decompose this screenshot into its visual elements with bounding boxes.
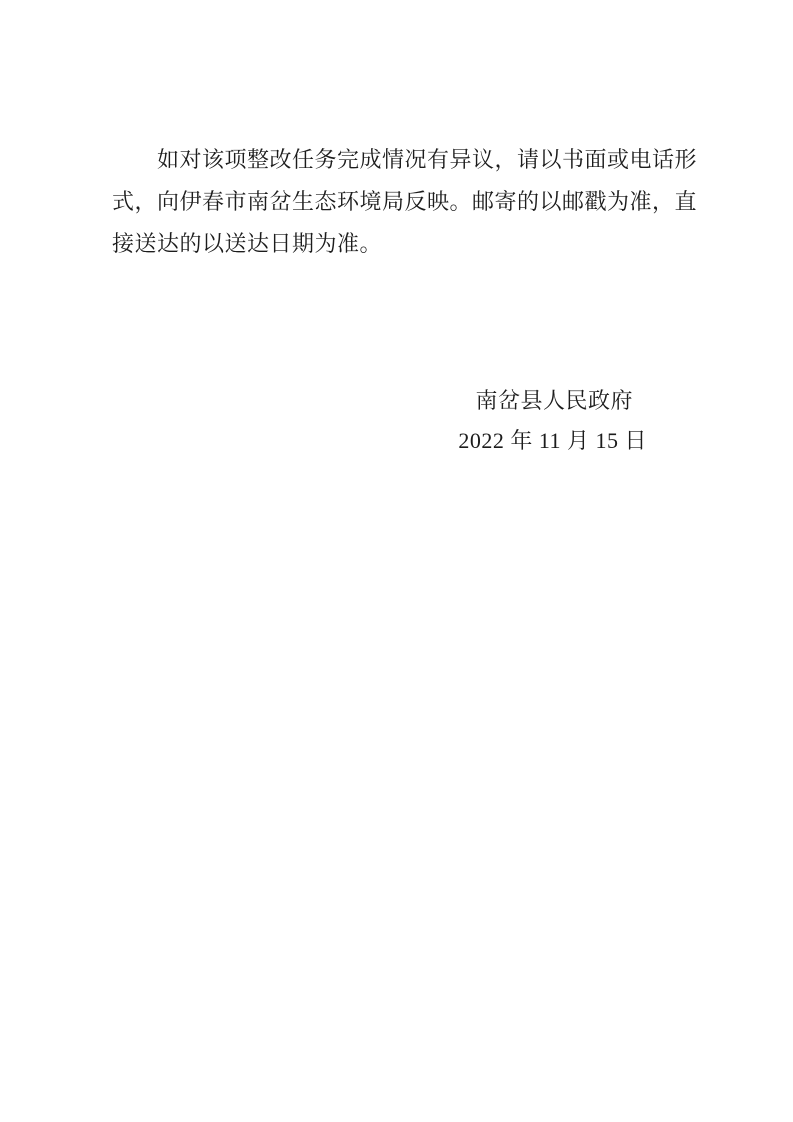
document-page: 如对该项整改任务完成情况有异议，请以书面或电话形 式，向伊春市南岔生态环境局反映… xyxy=(0,0,793,1122)
signature-block: 南岔县人民政府 2022 年 11 月 15 日 xyxy=(0,381,793,461)
signature-date: 2022 年 11 月 15 日 xyxy=(0,421,647,461)
paragraph-line-2: 式，向伊春市南岔生态环境局反映。邮寄的以邮戳为准，直 xyxy=(112,181,684,223)
paragraph-line-3: 接送达的以送达日期为准。 xyxy=(112,223,684,265)
issuer-name: 南岔县人民政府 xyxy=(0,381,633,421)
paragraph-line-1: 如对该项整改任务完成情况有异议，请以书面或电话形 xyxy=(112,139,684,181)
body-paragraph: 如对该项整改任务完成情况有异议，请以书面或电话形 式，向伊春市南岔生态环境局反映… xyxy=(112,139,684,265)
